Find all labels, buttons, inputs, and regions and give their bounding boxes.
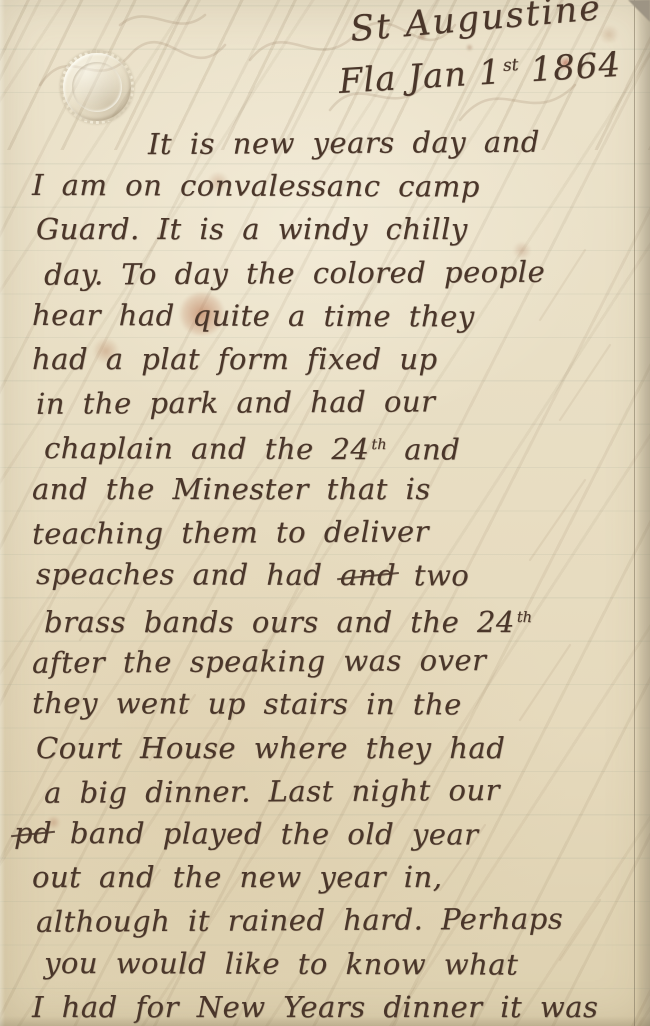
letter-line: and the Minester that is [32, 468, 634, 511]
text-segment: they went up stairs in the [32, 686, 462, 722]
letter-line: It is new years day and [32, 120, 634, 167]
text-segment: had a plat form fixed up [32, 342, 438, 376]
letter-line: speaches and had and two [36, 553, 634, 598]
page-edge-left [0, 0, 5, 1026]
letter-line: chaplain and the 24th and [44, 423, 634, 468]
text-segment: and [386, 433, 460, 467]
embossed-seal-icon [60, 50, 134, 124]
text-segment: and the Minester that is [32, 472, 431, 506]
text-segment: I am on convalessanc camp [32, 168, 480, 204]
text-segment: although it rained hard. Perhaps [36, 902, 563, 939]
text-segment: after the speaking was over [32, 643, 487, 680]
letter-line: teaching them to deliver [32, 509, 634, 556]
text-segment: band played the old year [52, 816, 479, 851]
letter-line: in the park and had our [36, 379, 634, 426]
clipped-corner [628, 0, 650, 22]
letter-line: hear had quite a time they [32, 294, 634, 339]
text-segment: hear had quite a time they [32, 298, 475, 334]
letter-line: I am on convalessanc camp [32, 164, 634, 209]
heading-date: Fla Jan 1st 1864 [338, 45, 623, 102]
struck-word: and [340, 558, 396, 592]
letter-line: out and the new year in, [32, 856, 634, 899]
foxing-spot [598, 26, 620, 43]
letter-line: brass bands ours and the 24th [44, 597, 634, 640]
text-segment: 1864 [518, 45, 623, 91]
text-segment: brass bands ours and the 24 [44, 605, 515, 639]
letter-line: I had for New Years dinner it was [32, 986, 634, 1026]
text-segment: a big dinner. Last night our [44, 773, 500, 810]
text-segment: out and the new year in, [32, 860, 442, 894]
superscript-text: th [371, 437, 386, 453]
text-segment: Fla Jan 1 [338, 52, 503, 102]
text-segment: two [396, 558, 469, 592]
text-segment: day. To day the colored people [44, 254, 545, 291]
text-segment: you would like to know what [44, 946, 518, 982]
text-segment: Court House where they had [36, 731, 505, 765]
letter-line: day. To day the colored people [44, 250, 634, 297]
ink-speck [466, 44, 473, 51]
letter-line: pd band played the old year [14, 812, 634, 857]
text-segment: in the park and had our [36, 385, 436, 421]
letter-body: It is new years day andI am on convaless… [32, 122, 634, 1026]
letter-line: they went up stairs in the [32, 682, 634, 727]
struck-word: pd [14, 816, 52, 850]
letter-line: a big dinner. Last night our [44, 768, 634, 815]
text-segment: I had for New Years dinner it was [32, 990, 598, 1024]
letter-line: Court House where they had [36, 727, 634, 770]
letter-line: although it rained hard. Perhaps [36, 898, 634, 945]
superscript-text: st [502, 55, 519, 76]
page-edge-right [634, 0, 650, 1026]
text-segment: teaching them to deliver [32, 514, 429, 550]
text-segment: St Augustine [349, 0, 604, 50]
text-segment: It is new years day and [148, 125, 540, 161]
text-segment: Guard. It is a windy chilly [36, 212, 468, 246]
text-segment: chaplain and the 24 [44, 431, 369, 466]
letter-line: you would like to know what [44, 942, 634, 987]
heading-place: St Augustine [349, 0, 604, 50]
letter-line: had a plat form fixed up [32, 338, 634, 381]
text-segment: speaches and had [36, 557, 340, 592]
letter-page: St Augustine Fla Jan 1st 1864 It is new … [0, 0, 650, 1026]
letter-line: Guard. It is a windy chilly [36, 208, 634, 251]
letter-line: after the speaking was over [32, 638, 634, 685]
superscript-text: th [517, 610, 532, 626]
